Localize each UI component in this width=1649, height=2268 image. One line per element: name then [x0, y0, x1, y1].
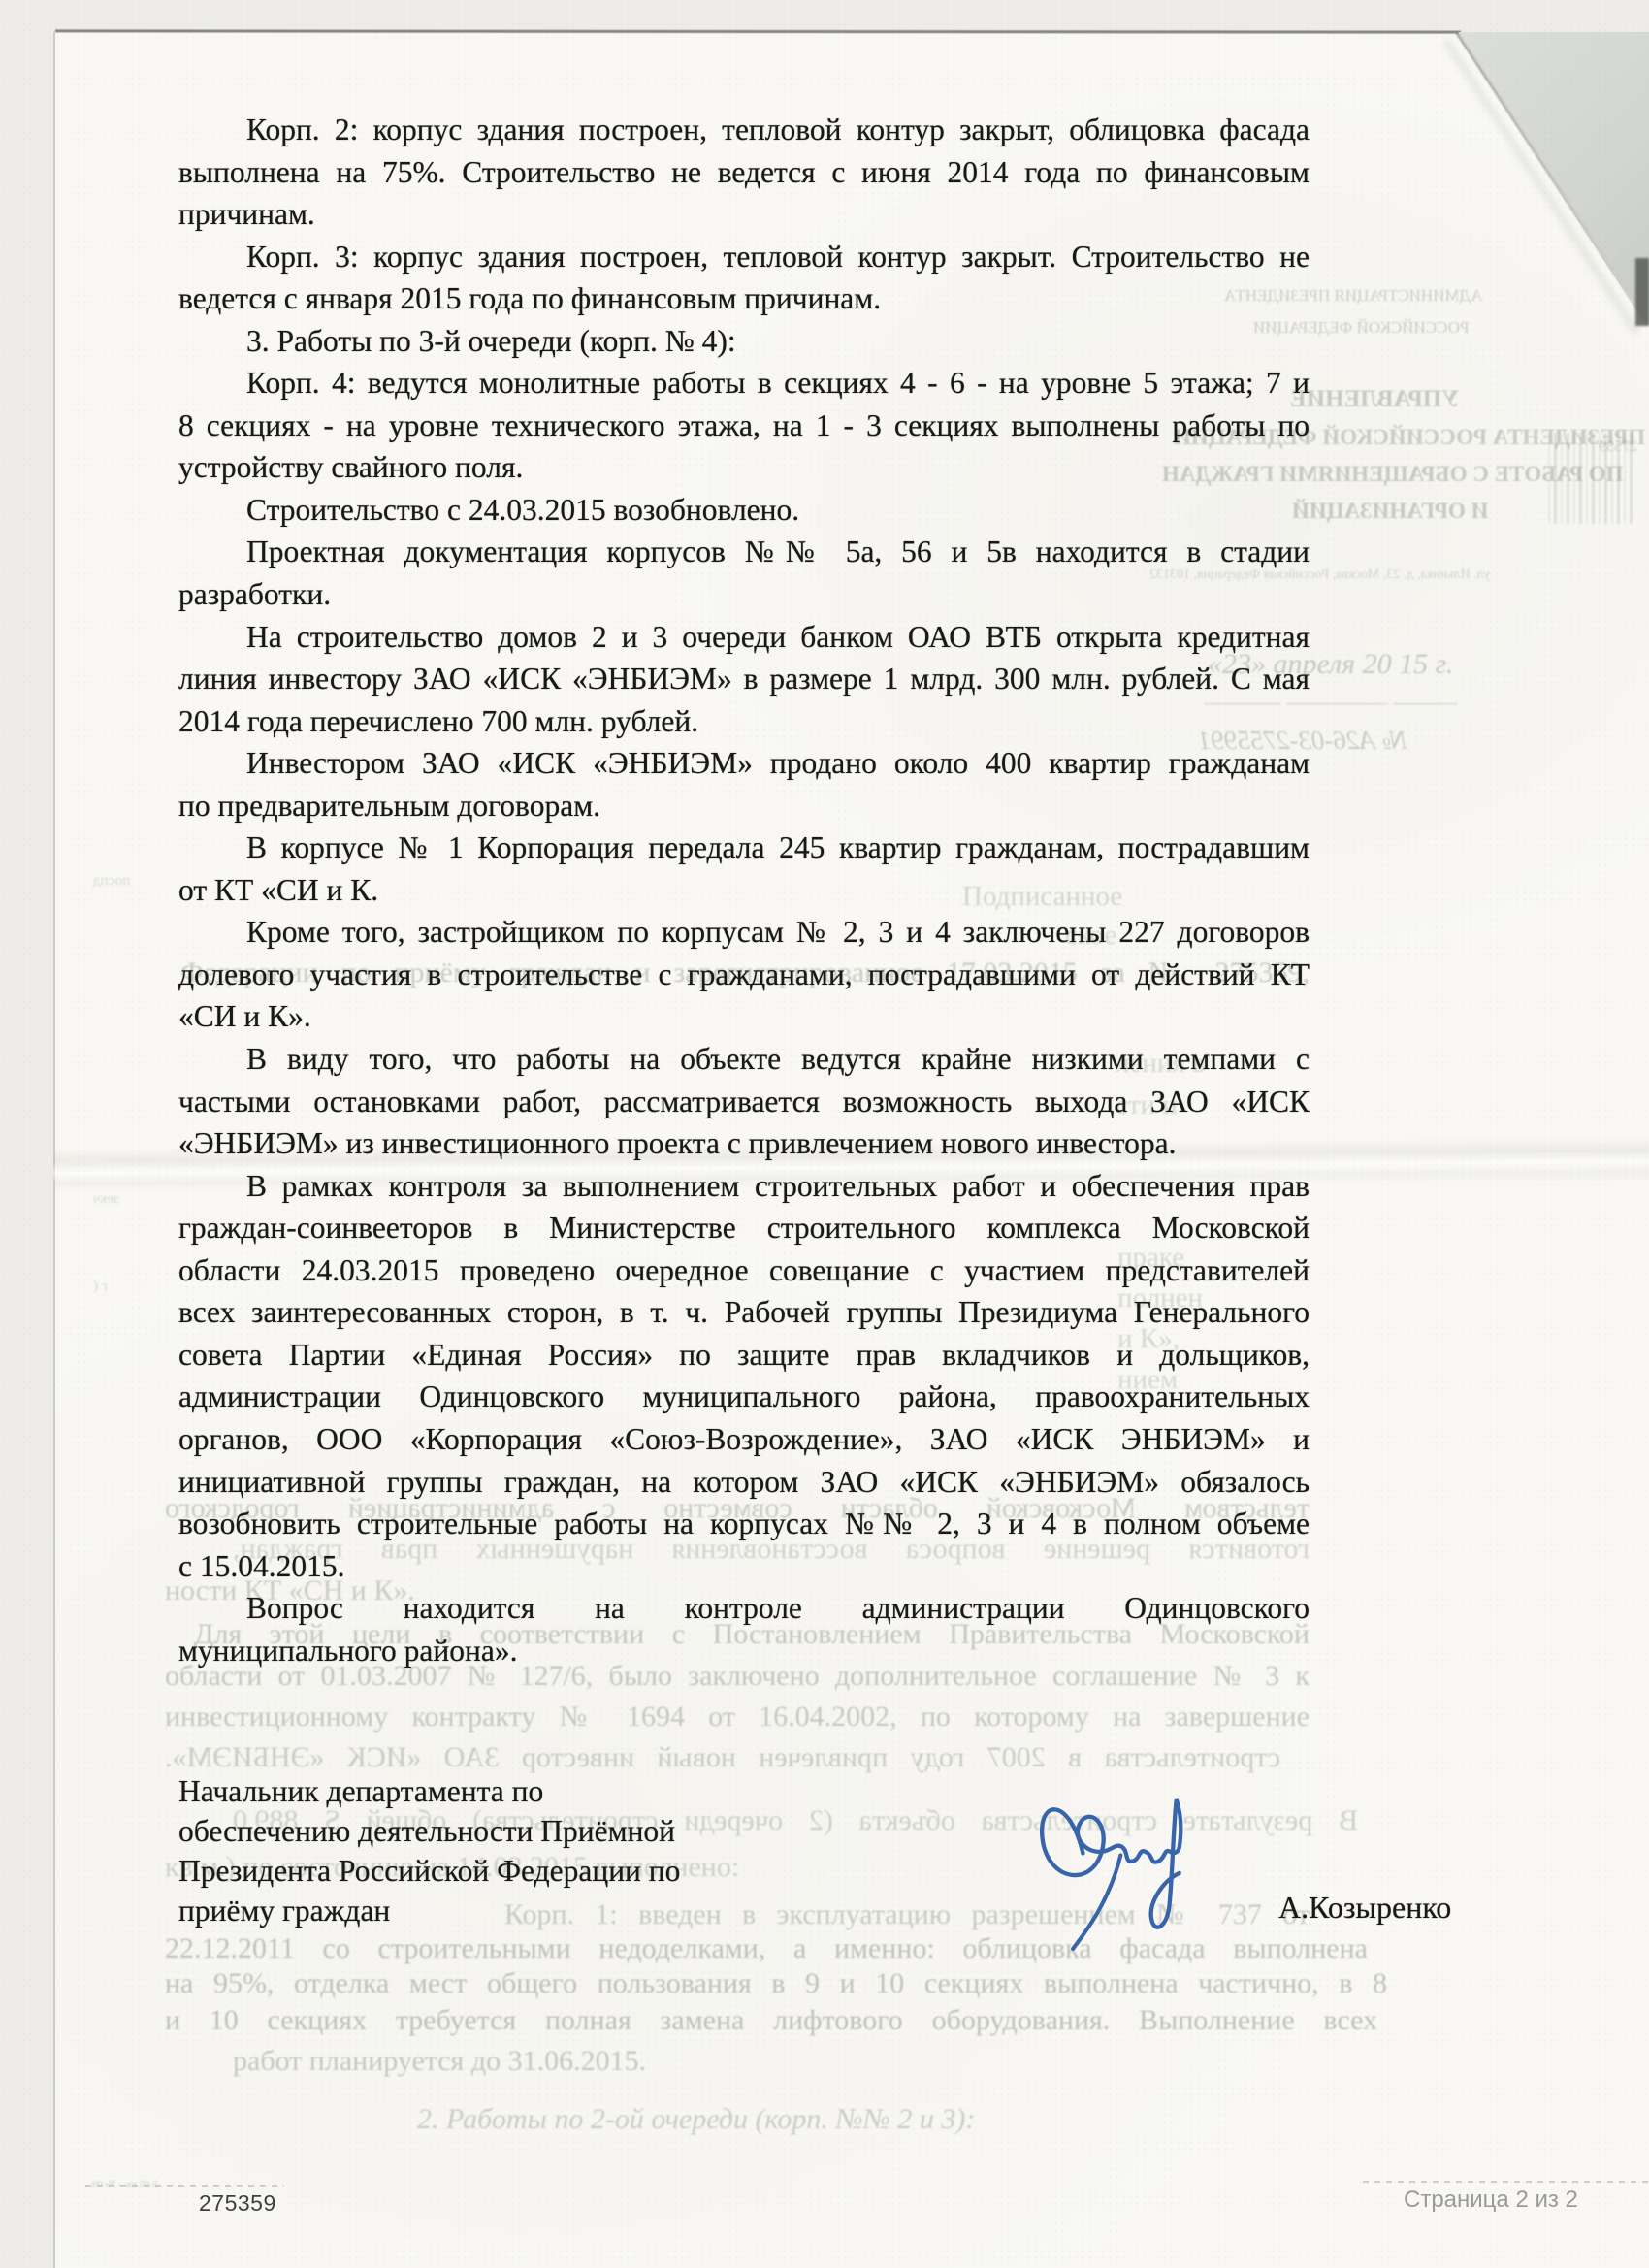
body-line: линия инвестору ЗАО «ИСК «ЭНБИЭМ» в разм…	[178, 658, 1309, 700]
scan-edge-mark	[1635, 258, 1649, 326]
body-line: «СИ и К».	[178, 995, 1309, 1038]
body-line: Вопрос находится на контроле администрац…	[178, 1587, 1309, 1630]
body-line: В корпусе № 1 Корпорация передала 245 кв…	[178, 826, 1309, 869]
body-line: Строительство с 24.03.2015 возобновлено.	[178, 489, 1309, 532]
closing-title-line: Президента Российской Федерации по	[178, 1851, 877, 1891]
body-line: долевого участия в строительстве с гражд…	[178, 954, 1309, 996]
body-line: совета Партии «Единая Россия» по защите …	[178, 1334, 1309, 1377]
body-line: устройству свайного поля.	[178, 446, 1309, 489]
handwritten-signature	[1020, 1756, 1195, 1955]
body-paragraph: Корп. 2: корпус здания построен, теплово…	[178, 109, 1309, 236]
scan-artifact-line	[85, 2185, 284, 2187]
body-paragraph: Кроме того, застройщиком по корпусам № 2…	[178, 911, 1309, 1038]
body-line: администрации Одинцовского муниципальног…	[178, 1376, 1309, 1418]
closing-title-line: Начальник департамента по	[178, 1771, 877, 1811]
body-paragraph: В рамках контроля за выполнением строите…	[178, 1165, 1309, 1587]
body-line: граждан-соинвееторов в Министерстве стро…	[178, 1207, 1309, 1249]
body-line: возобновить строительные работы на корпу…	[178, 1503, 1309, 1545]
body-paragraph: Корп. 4: ведутся монолитные работы в сек…	[178, 362, 1309, 489]
body-paragraph: 3. Работы по 3-й очереди (корп. № 4):	[178, 320, 1309, 363]
body-paragraph: Вопрос находится на контроле администрац…	[178, 1587, 1309, 1671]
body-paragraph: В виду того, что работы на объекте ведут…	[178, 1038, 1309, 1165]
closing-title-block: Начальник департамента пообеспечению дея…	[178, 1771, 877, 1930]
scanned-document: АДМИНИСТРАЦИЯ ПРЕЗИДЕНТАРОССИЙСКОЙ ФЕДЕР…	[0, 0, 1649, 2268]
body-paragraph: Строительство с 24.03.2015 возобновлено.	[178, 489, 1309, 532]
body-line: Кроме того, застройщиком по корпусам № 2…	[178, 911, 1309, 954]
body-paragraph: На строительство домов 2 и 3 очереди бан…	[178, 616, 1309, 743]
body-line: инициативной группы граждан, на котором …	[178, 1461, 1309, 1504]
body-line: В рамках контроля за выполнением строите…	[178, 1165, 1309, 1208]
body-line: частыми остановками работ, рассматривает…	[178, 1081, 1309, 1123]
body-paragraph: Инвестором ЗАО «ИСК «ЭНБИЭМ» продано око…	[178, 742, 1309, 826]
body-line: Корп. 4: ведутся монолитные работы в сек…	[178, 362, 1309, 405]
body-line: органов, ООО «Корпорация «Союз-Возрожден…	[178, 1418, 1309, 1461]
body-line: всех заинтересованных сторон, в т. ч. Ра…	[178, 1291, 1309, 1334]
body-line: области 24.03.2015 проведено очередное с…	[178, 1249, 1309, 1292]
body-line: выполнена на 75%. Строительство не ведет…	[178, 151, 1309, 194]
body-line: На строительство домов 2 и 3 очереди бан…	[178, 616, 1309, 659]
body-line: муниципального района».	[178, 1630, 1309, 1672]
footer-doc-number: 275359	[199, 2190, 276, 2217]
body-line: В виду того, что работы на объекте ведут…	[178, 1038, 1309, 1081]
body-line: Корп. 2: корпус здания построен, теплово…	[178, 109, 1309, 151]
body-line: от КТ «СИ и К.	[178, 869, 1309, 912]
body-line: 2014 года перечислено 700 млн. рублей.	[178, 700, 1309, 743]
signer-name: А.Козыренко	[1278, 1890, 1451, 1926]
signature-stroke-icon	[1020, 1756, 1195, 1955]
body-line: Корп. 3: корпус здания построен, теплово…	[178, 236, 1309, 278]
body-line: причинам.	[178, 193, 1309, 236]
body-paragraph: Корп. 3: корпус здания построен, теплово…	[178, 236, 1309, 320]
bleedthrough-barcode	[1547, 433, 1633, 524]
body-line: 3. Работы по 3-й очереди (корп. № 4):	[178, 320, 1309, 363]
body-line: ведется с января 2015 года по финансовым…	[178, 277, 1309, 320]
body-line: разработки.	[178, 573, 1309, 616]
body-line: «ЭНБИЭМ» из инвестиционного проекта с пр…	[178, 1122, 1309, 1165]
document-body: Корп. 2: корпус здания построен, теплово…	[178, 109, 1309, 1671]
body-line: с 15.04.2015.	[178, 1545, 1309, 1588]
body-line: по предварительным договорам.	[178, 785, 1309, 827]
scan-artifact-line	[1363, 2181, 1649, 2183]
closing-title-line: обеспечению деятельности Приёмной	[178, 1811, 877, 1851]
body-line: 8 секциях - на уровне технического этажа…	[178, 405, 1309, 447]
body-line: Инвестором ЗАО «ИСК «ЭНБИЭМ» продано око…	[178, 742, 1309, 785]
body-line: Проектная документация корпусов №№ 5а, 5…	[178, 531, 1309, 573]
closing-title-line: приёму граждан	[178, 1891, 877, 1930]
footer-page-indicator: Страница 2 из 2	[1404, 2187, 1578, 2214]
body-paragraph: В корпусе № 1 Корпорация передала 245 кв…	[178, 826, 1309, 911]
body-paragraph: Проектная документация корпусов №№ 5а, 5…	[178, 531, 1309, 615]
